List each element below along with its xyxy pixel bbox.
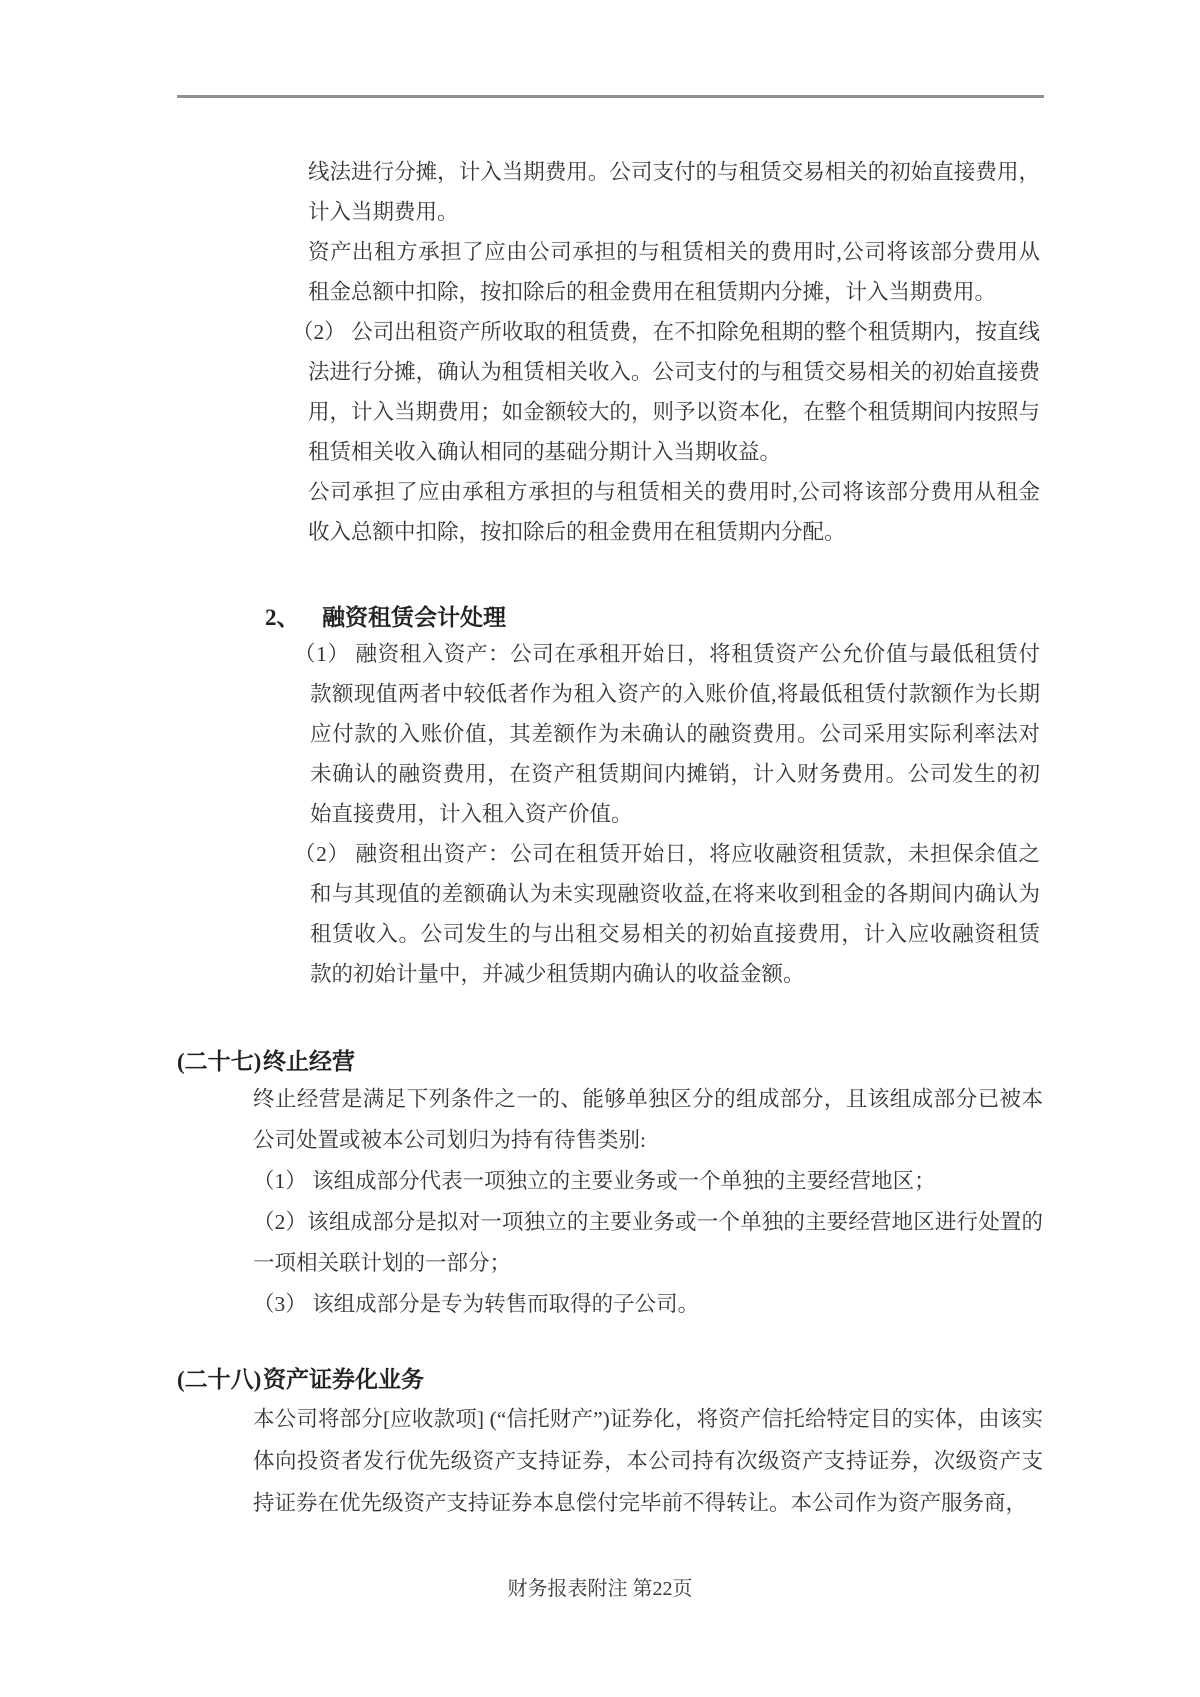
section-27-heading: (二十七)终止经营 [177,1042,355,1082]
page-footer: 财务报表附注 第22页 [0,1572,1200,1601]
intro-paragraph-2: 资产出租方承担了应由公司承担的与租赁相关的费用时,公司将该部分费用从租金总额中扣… [308,232,1040,312]
section-2-paragraph-2: （2） 融资租出资产：公司在租赁开始日，将应收融资租赁款，未担保余值之和与其现值… [310,834,1040,994]
section-2-heading: 2、融资租赁会计处理 [265,598,506,638]
section-27-title: 终止经营 [263,1049,355,1074]
section-2-paragraph-1: （1） 融资租入资产：公司在承租开始日，将租赁资产公允价值与最低租赁付款额现值两… [310,634,1040,834]
section-28-number: (二十八) [177,1360,263,1400]
document-page: 线法进行分摊，计入当期费用。公司支付的与租赁交易相关的初始直接费用，计入当期费用… [0,0,1200,1697]
section-27-paragraph-4: （3） 该组成部分是专为转售而取得的子公司。 [253,1284,1043,1325]
section-27-paragraph-3: （2）该组成部分是拟对一项独立的主要业务或一个单独的主要经营地区进行处置的一项相… [253,1202,1043,1284]
intro-paragraph-1: 线法进行分摊，计入当期费用。公司支付的与租赁交易相关的初始直接费用，计入当期费用… [308,152,1040,232]
section-28-heading: (二十八)资产证券化业务 [177,1360,424,1400]
intro-paragraph-block: 线法进行分摊，计入当期费用。公司支付的与租赁交易相关的初始直接费用，计入当期费用… [308,152,1040,552]
section-28-body: 本公司将部分[应收款项] (“信托财产”)证券化，将资产信托给特定目的实体，由该… [253,1398,1043,1524]
header-divider-line [177,95,1044,98]
section-27-number: (二十七) [177,1042,263,1082]
section-2-body: （1） 融资租入资产：公司在承租开始日，将租赁资产公允价值与最低租赁付款额现值两… [310,634,1040,994]
section-27-paragraph-1: 终止经营是满足下列条件之一的、能够单独区分的组成部分，且该组成部分已被本公司处置… [253,1079,1043,1161]
intro-paragraph-4: 公司承担了应由承租方承担的与租赁相关的费用时,公司将该部分费用从租金收入总额中扣… [308,472,1040,552]
section-2-title: 融资租赁会计处理 [322,605,506,630]
section-27-body: 终止经营是满足下列条件之一的、能够单独区分的组成部分，且该组成部分已被本公司处置… [253,1079,1043,1325]
intro-paragraph-3: （2） 公司出租资产所收取的租赁费，在不扣除免租期的整个租赁期内，按直线法进行分… [308,312,1040,472]
section-27-paragraph-2: （1） 该组成部分代表一项独立的主要业务或一个单独的主要经营地区； [253,1161,1043,1202]
section-2-number: 2、 [265,598,322,638]
section-28-paragraph-1: 本公司将部分[应收款项] (“信托财产”)证券化，将资产信托给特定目的实体，由该… [253,1398,1043,1524]
section-28-title: 资产证券化业务 [263,1367,424,1392]
